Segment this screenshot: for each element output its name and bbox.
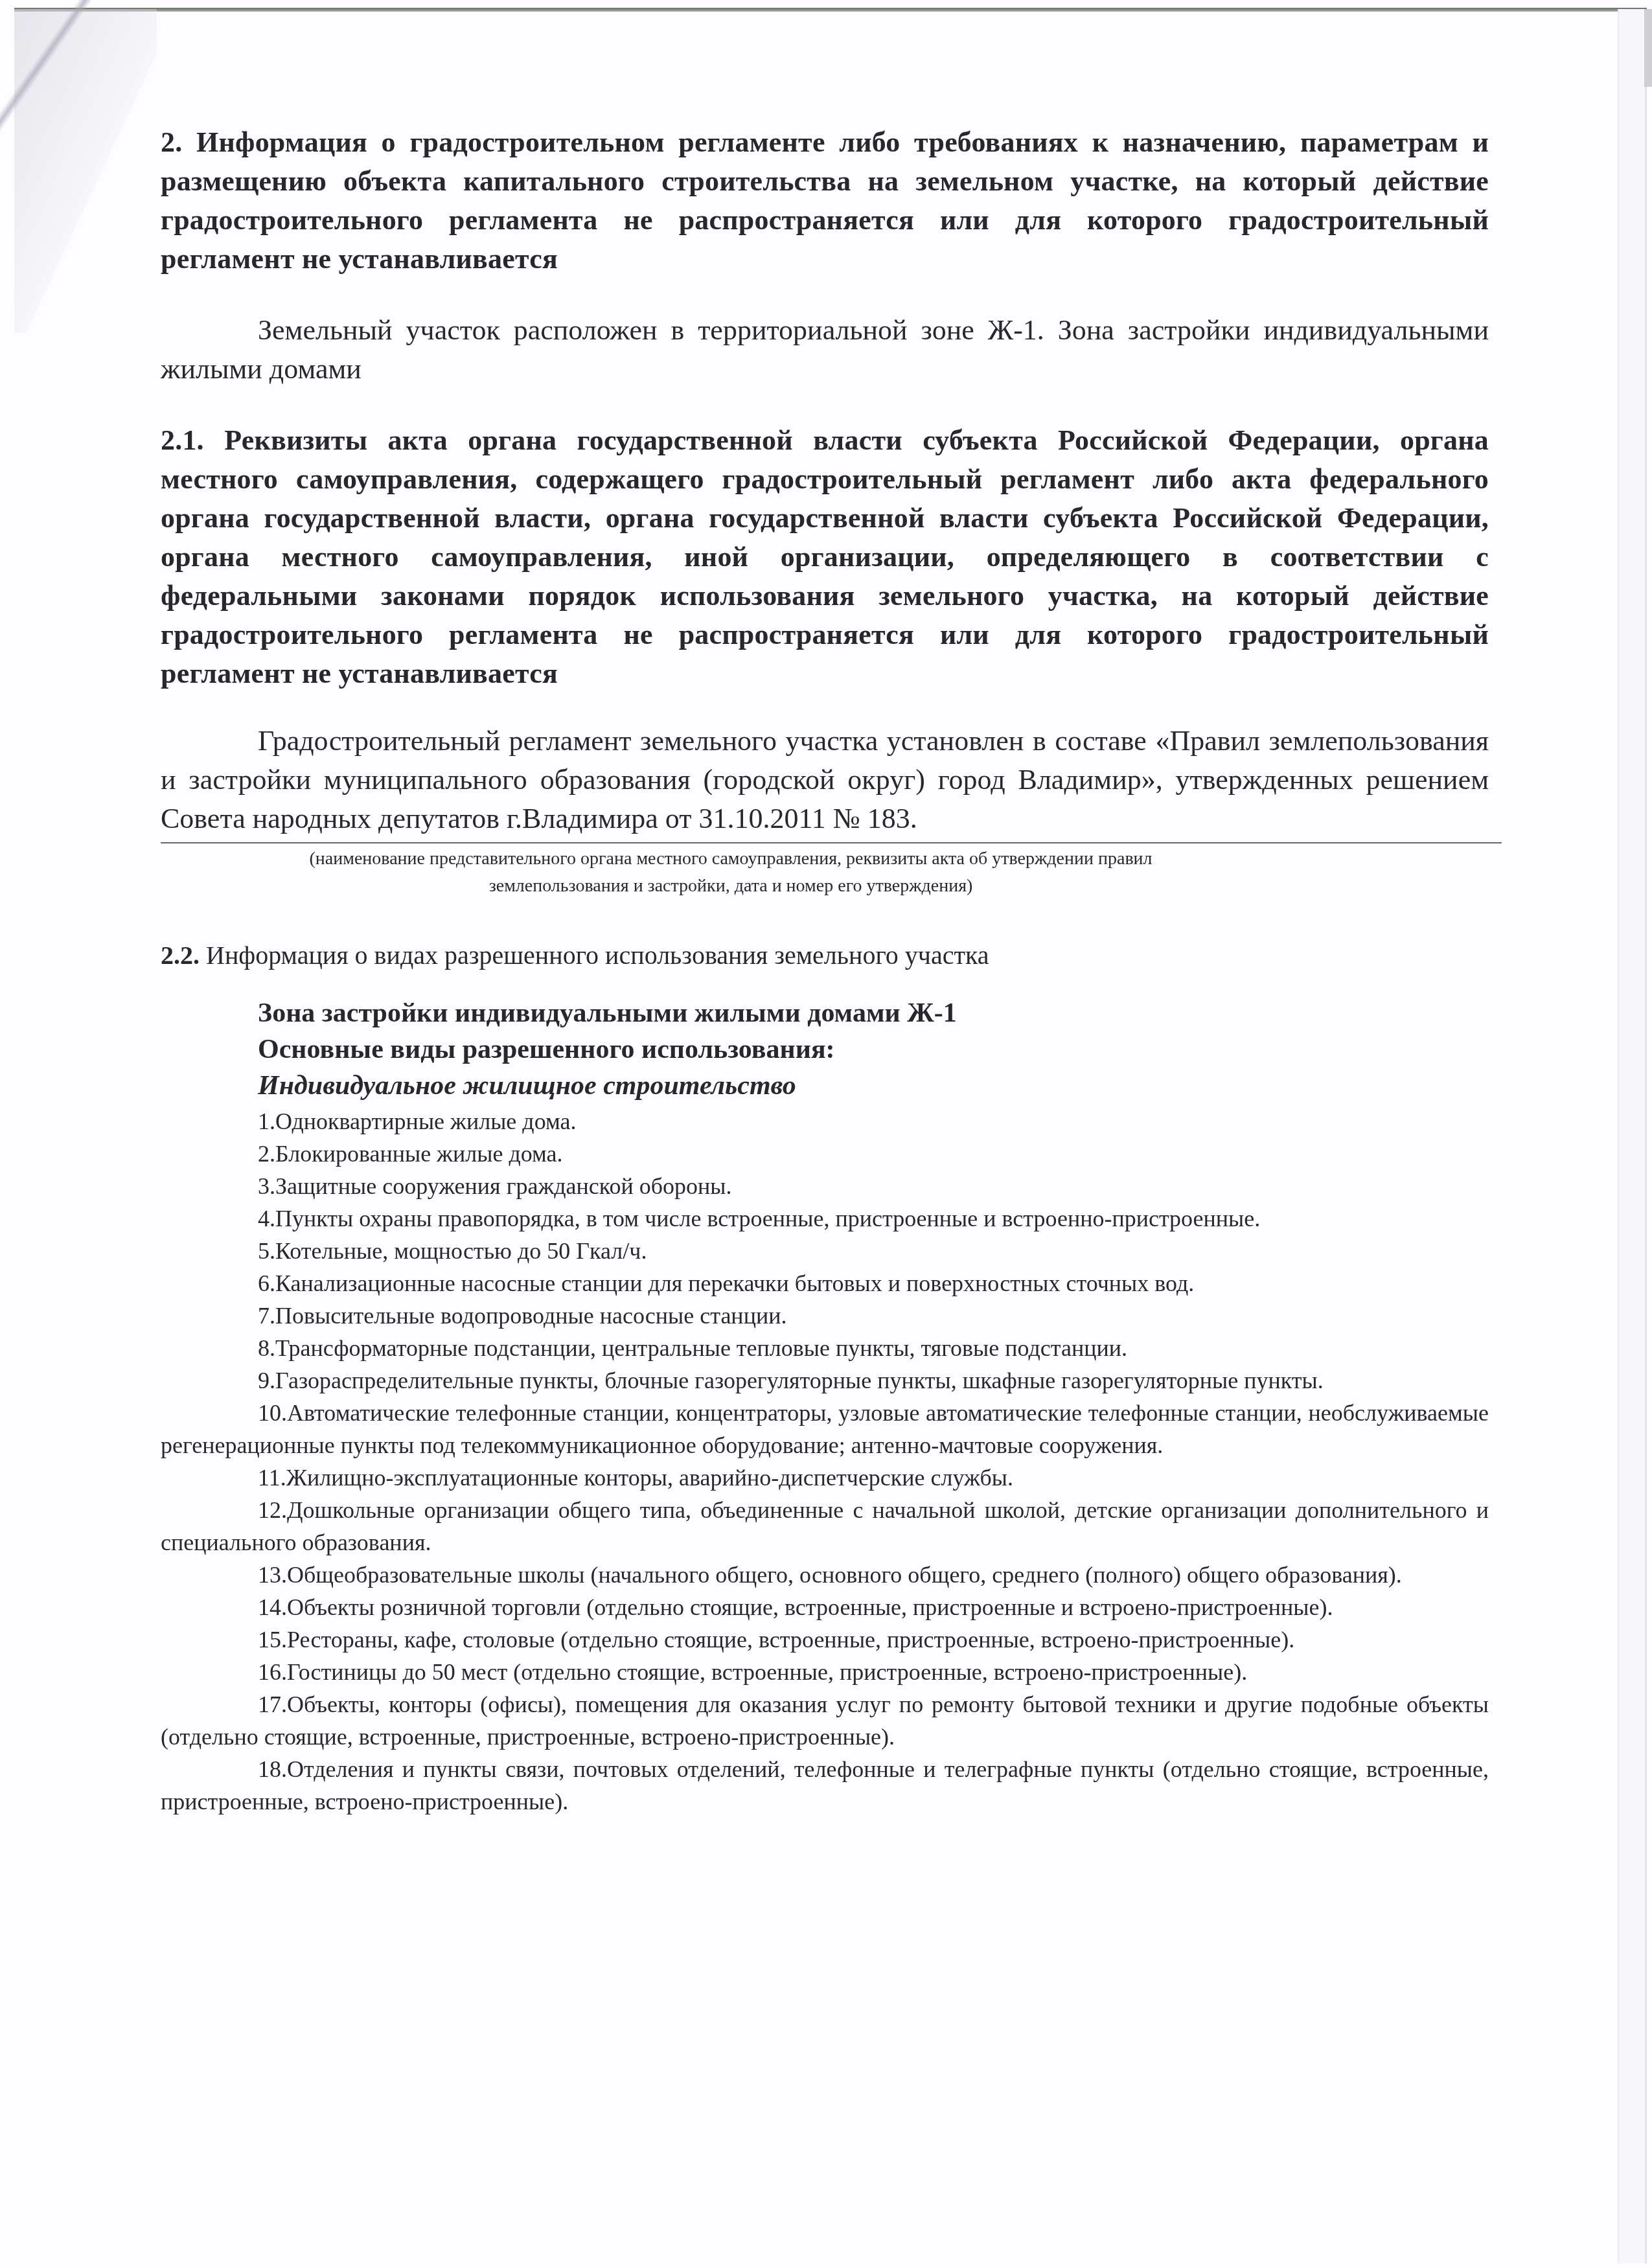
scan-right-edge (1618, 9, 1647, 2263)
section-2-heading: 2. Информация о градостроительном реглам… (161, 123, 1489, 279)
list-item: 12.Дошкольные организации общего типа, о… (161, 1494, 1489, 1559)
permitted-uses-list: 1.Одноквартирные жилые дома. 2.Блокирова… (161, 1105, 1489, 1818)
fill-in-underline (161, 842, 1502, 843)
list-item: 7.Повысительные водопроводные насосные с… (161, 1300, 1489, 1332)
list-item: 18.Отделения и пункты связи, почтовых от… (161, 1753, 1489, 1818)
list-item: 14.Объекты розничной торговли (отдельно … (161, 1591, 1489, 1623)
list-item: 16.Гостиницы до 50 мест (отдельно стоящи… (161, 1656, 1489, 1688)
list-item: 5.Котельные, мощностью до 50 Гкал/ч. (161, 1235, 1489, 1267)
permitted-uses-subheading: Основные виды разрешенного использования… (258, 1031, 1489, 1068)
list-item: 13.Общеобразовательные школы (начального… (161, 1559, 1489, 1591)
scan-fold-crease (0, 0, 95, 293)
section-2-2-number: 2.2. (161, 941, 200, 970)
scan-folded-corner (14, 9, 157, 333)
section-2-2-heading: 2.2. Информация о видах разрешенного исп… (161, 938, 1489, 973)
list-item: 9.Газораспределительные пункты, блочные … (161, 1364, 1489, 1397)
section-2-1-heading: 2.1. Реквизиты акта органа государственн… (161, 421, 1489, 693)
list-item: 8.Трансформаторные подстанции, центральн… (161, 1332, 1489, 1364)
rules-paragraph: Градостроительный регламент земельного у… (161, 722, 1489, 838)
scan-top-edge (14, 8, 1647, 12)
zone-title: Зона застройки индивидуальными жилыми до… (258, 995, 1489, 1031)
caption-line-1: (наименование представительного органа м… (161, 847, 1301, 871)
zone-block: Зона застройки индивидуальными жилыми до… (161, 995, 1489, 1104)
list-item: 15.Рестораны, кафе, столовые (отдельно с… (161, 1623, 1489, 1656)
category-title: Индивидуальное жилищное строительство (258, 1068, 1489, 1104)
section-2-2-title: Информация о видах разрешенного использо… (206, 941, 989, 970)
caption-line-2: землепользования и застройки, дата и ном… (161, 875, 1301, 898)
document-page: 2. Информация о градостроительном реглам… (161, 123, 1489, 1818)
list-item: 3.Защитные сооружения гражданской оборон… (161, 1170, 1489, 1202)
list-item: 17.Объекты, конторы (офисы), помещения д… (161, 1688, 1489, 1753)
list-item: 2.Блокированные жилые дома. (161, 1138, 1489, 1170)
list-item: 4.Пункты охраны правопорядка, в том числ… (161, 1202, 1489, 1235)
list-item: 11.Жилищно-эксплуатационные конторы, ава… (161, 1461, 1489, 1494)
list-item: 6.Канализационные насосные станции для п… (161, 1267, 1489, 1300)
list-item: 10.Автоматические телефонные станции, ко… (161, 1397, 1489, 1461)
zone-paragraph: Земельный участок расположен в территори… (161, 311, 1489, 389)
scan-right-shadow (1644, 9, 1652, 87)
list-item: 1.Одноквартирные жилые дома. (161, 1105, 1489, 1138)
